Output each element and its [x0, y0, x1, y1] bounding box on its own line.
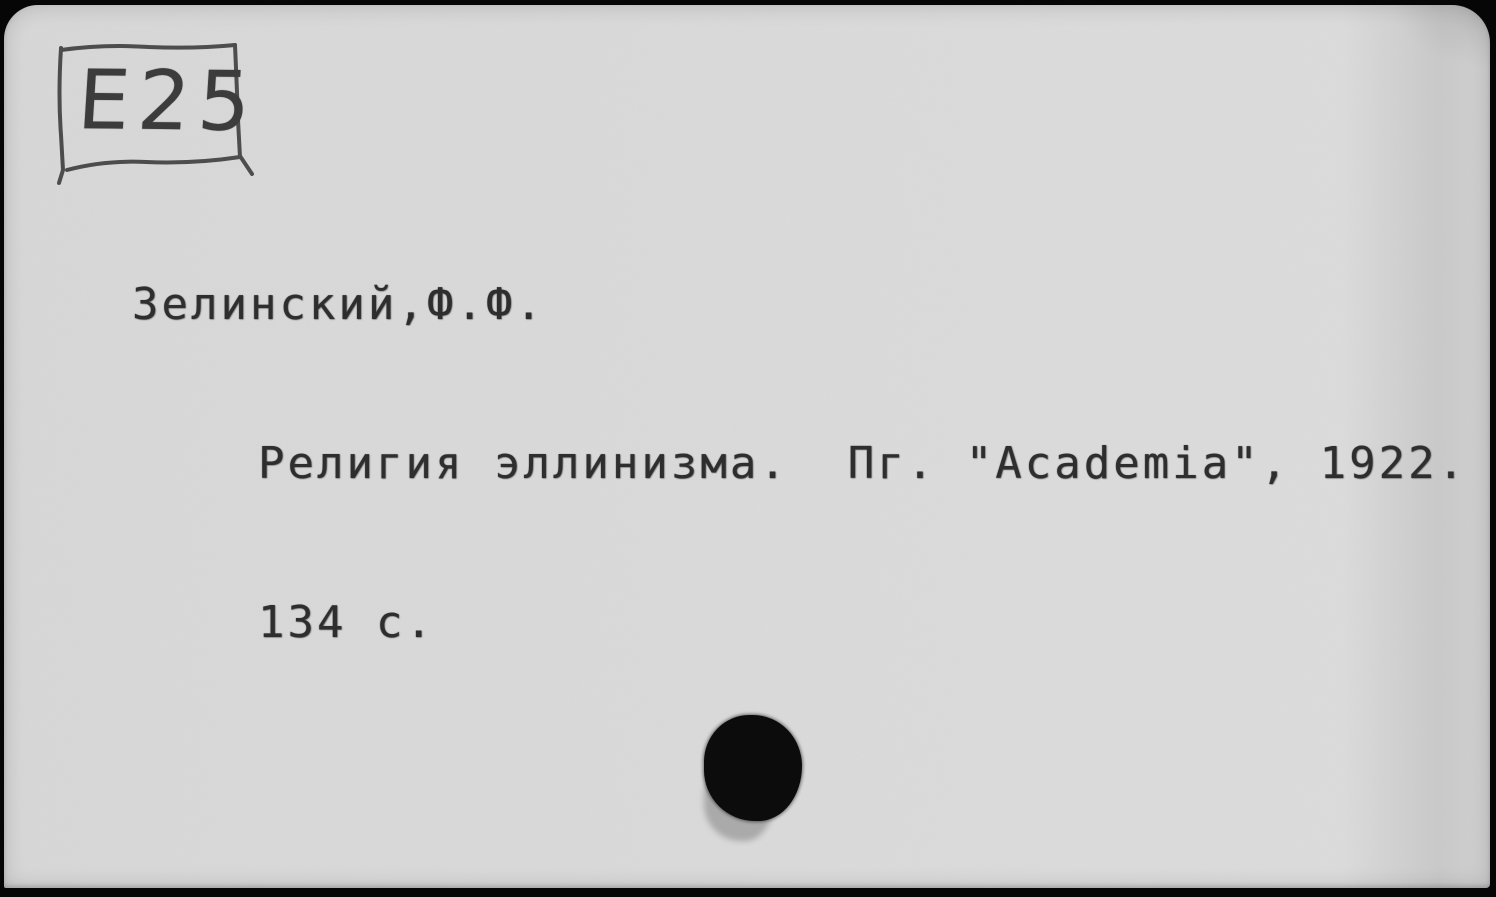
bibliographic-record: Зелинский,Ф.Ф. Религия эллинизма. Пг. "A…	[132, 172, 1467, 755]
call-number-box: E25	[44, 35, 264, 195]
title-line: Религия эллинизма. Пг. "Academia", 1922.	[132, 437, 1467, 490]
scan-background: { "card": { "call_number": "E25", "autho…	[0, 0, 1496, 897]
call-number: E25	[75, 60, 240, 144]
author-line: Зелинский,Ф.Ф.	[132, 278, 1467, 331]
catalog-card: E25 Зелинский,Ф.Ф. Религия эллинизма. Пг…	[4, 5, 1490, 888]
punch-hole-dot	[704, 715, 802, 821]
pagination-line: 134 с.	[132, 596, 1467, 649]
